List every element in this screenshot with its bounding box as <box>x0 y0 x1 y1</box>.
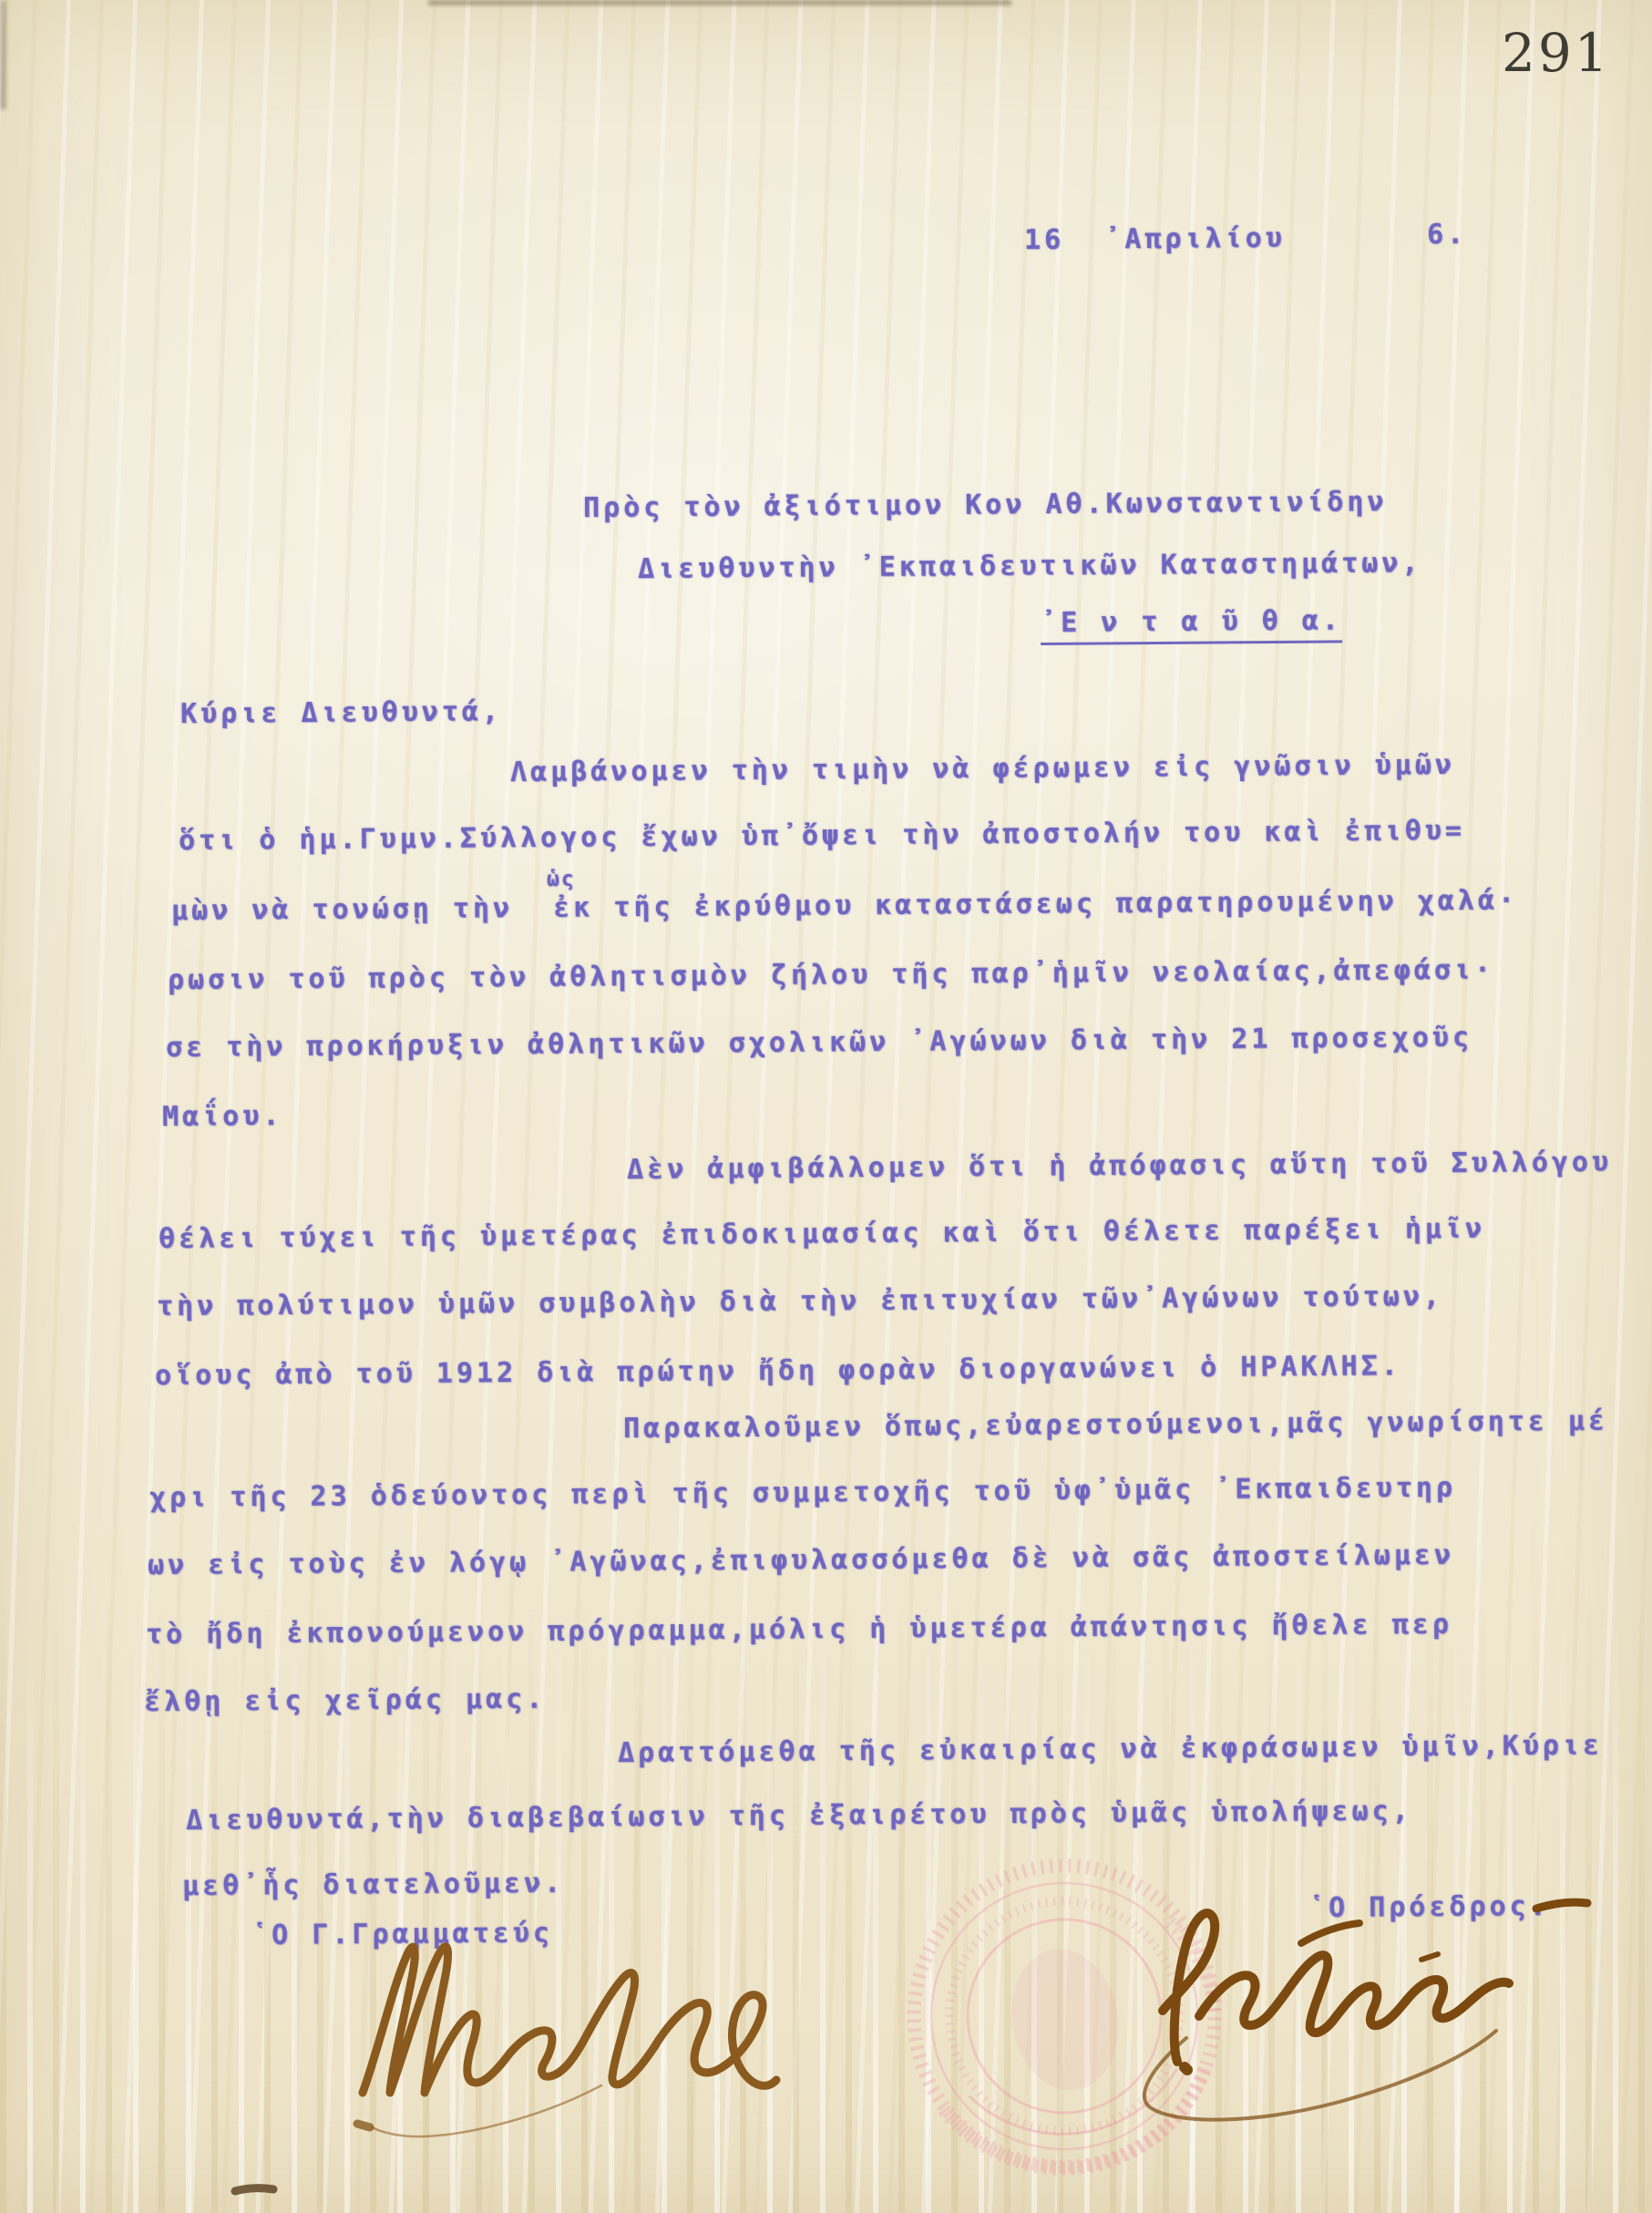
president-signature <box>0 0 1652 2213</box>
